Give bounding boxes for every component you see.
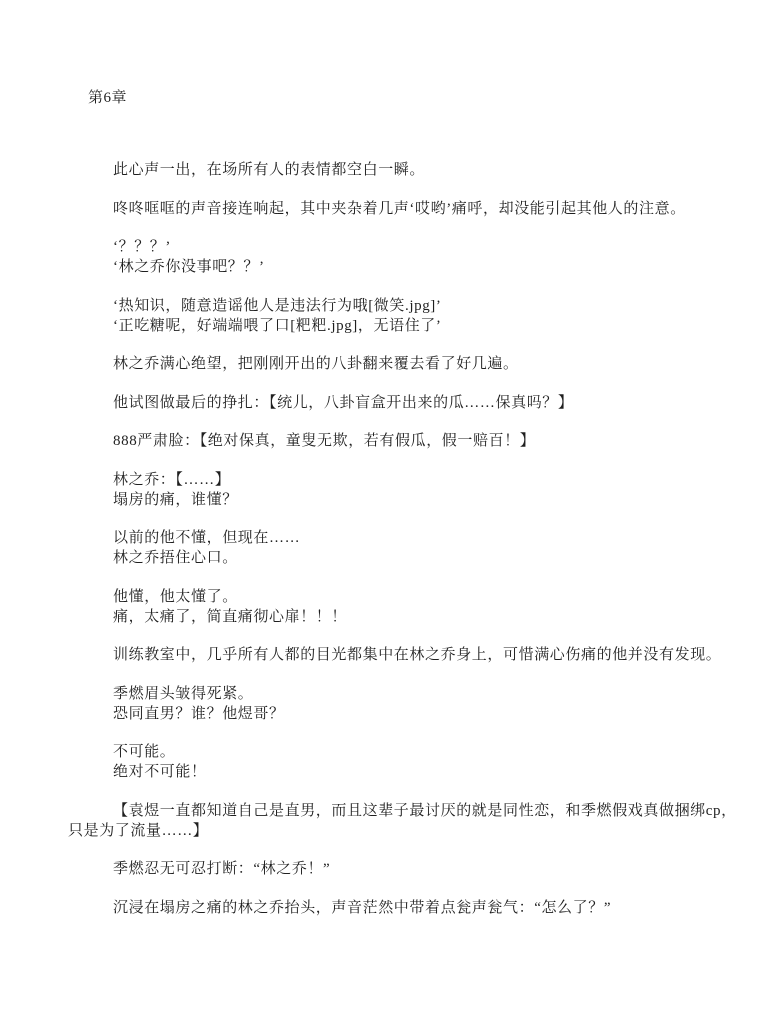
paragraph: 季燃忍无可忍打断：“林之乔！” [68, 859, 718, 879]
paragraph: 他懂，他太懂了。痛，太痛了，简直痛彻心扉！！！ [68, 587, 718, 627]
text-line: ‘林之乔你没事吧？？’ [68, 257, 718, 277]
text-line: 痛，太痛了，简直痛彻心扉！！！ [68, 607, 718, 627]
text-line: 恐同直男？谁？他煜哥？ [68, 704, 718, 724]
text-line: 他试图做最后的挣扎：【统儿，八卦盲盒开出来的瓜……保真吗？】 [68, 393, 718, 413]
paragraph: 沉浸在塌房之痛的林之乔抬头，声音茫然中带着点瓮声瓮气：“怎么了？” [68, 898, 718, 918]
paragraph: 此心声一出，在场所有人的表情都空白一瞬。 [68, 160, 718, 180]
text-line: 他懂，他太懂了。 [68, 587, 718, 607]
text-line: ‘正吃糖呢，好端端喂了口[粑粑.jpg]，无语住了’ [68, 316, 718, 336]
text-line: 只是为了流量……】 [68, 821, 718, 841]
text-line: 林之乔：【……】 [68, 470, 718, 490]
document-body: 此心声一出，在场所有人的表情都空白一瞬。咚咚哐哐的声音接连响起，其中夹杂着几声‘… [68, 160, 718, 918]
text-line: 咚咚哐哐的声音接连响起，其中夹杂着几声‘哎哟’痛呼，却没能引起其他人的注意。 [68, 199, 718, 219]
paragraph: 以前的他不懂，但现在……林之乔捂住心口。 [68, 528, 718, 568]
text-line: ‘？？？’ [68, 237, 718, 257]
paragraph: ‘热知识，随意造谣他人是违法行为哦[微笑.jpg]’‘正吃糖呢，好端端喂了口[粑… [68, 296, 718, 336]
paragraph: 他试图做最后的挣扎：【统儿，八卦盲盒开出来的瓜……保真吗？】 [68, 393, 718, 413]
text-line: 不可能。 [68, 742, 718, 762]
text-line: 训练教室中，几乎所有人都的目光都集中在林之乔身上，可惜满心伤痛的他并没有发现。 [68, 645, 718, 665]
paragraph: 季燃眉头皱得死紧。恐同直男？谁？他煜哥？ [68, 684, 718, 724]
paragraph: 不可能。绝对不可能！ [68, 742, 718, 782]
paragraph: 林之乔满心绝望，把刚刚开出的八卦翻来覆去看了好几遍。 [68, 354, 718, 374]
paragraph: 【袁煜一直都知道自己是直男，而且这辈子最讨厌的就是同性恋，和季燃假戏真做捆绑cp… [68, 801, 718, 841]
text-line: 绝对不可能！ [68, 762, 718, 782]
text-line: 季燃眉头皱得死紧。 [68, 684, 718, 704]
paragraph: 888严肃脸：【绝对保真，童叟无欺，若有假瓜，假一赔百！】 [68, 431, 718, 451]
paragraph: 林之乔：【……】塌房的痛，谁懂？ [68, 470, 718, 510]
text-line: 888严肃脸：【绝对保真，童叟无欺，若有假瓜，假一赔百！】 [68, 431, 718, 451]
chapter-heading: 第6章 [88, 89, 127, 107]
document-page: 第6章 此心声一出，在场所有人的表情都空白一瞬。咚咚哐哐的声音接连响起，其中夹杂… [0, 0, 768, 1024]
paragraph: 训练教室中，几乎所有人都的目光都集中在林之乔身上，可惜满心伤痛的他并没有发现。 [68, 645, 718, 665]
text-line: 林之乔捂住心口。 [68, 548, 718, 568]
text-line: ‘热知识，随意造谣他人是违法行为哦[微笑.jpg]’ [68, 296, 718, 316]
text-line: 【袁煜一直都知道自己是直男，而且这辈子最讨厌的就是同性恋，和季燃假戏真做捆绑cp… [68, 801, 718, 821]
text-line: 此心声一出，在场所有人的表情都空白一瞬。 [68, 160, 718, 180]
paragraph: ‘？？？’‘林之乔你没事吧？？’ [68, 237, 718, 277]
paragraph: 咚咚哐哐的声音接连响起，其中夹杂着几声‘哎哟’痛呼，却没能引起其他人的注意。 [68, 199, 718, 219]
text-line: 林之乔满心绝望，把刚刚开出的八卦翻来覆去看了好几遍。 [68, 354, 718, 374]
text-line: 季燃忍无可忍打断：“林之乔！” [68, 859, 718, 879]
text-line: 以前的他不懂，但现在…… [68, 528, 718, 548]
text-line: 塌房的痛，谁懂？ [68, 490, 718, 510]
text-line: 沉浸在塌房之痛的林之乔抬头，声音茫然中带着点瓮声瓮气：“怎么了？” [68, 898, 718, 918]
